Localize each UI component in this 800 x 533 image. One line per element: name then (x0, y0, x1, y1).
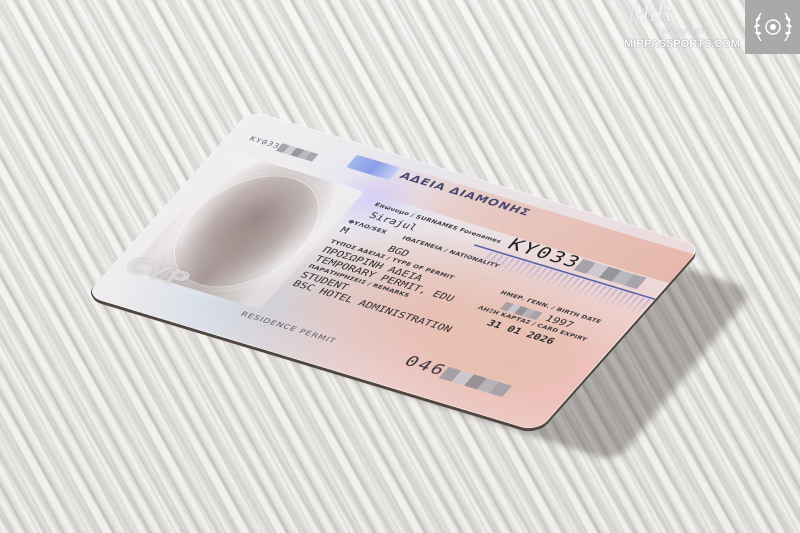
watermark-subtitle: PASSPORTS (662, 28, 711, 36)
watermark-signature: MiR (628, 2, 671, 27)
laurel-wreath-lion-icon (745, 0, 800, 54)
redacted-block (276, 143, 319, 161)
footer-label: RESIDENCE PERMIT (238, 311, 337, 345)
watermark-site: MIRPASSPORTS.COM (624, 38, 740, 50)
watermark: MiR PASSPORTS MIRPASSPORTS.COM (620, 0, 800, 54)
top-number: KY033 (247, 135, 319, 162)
